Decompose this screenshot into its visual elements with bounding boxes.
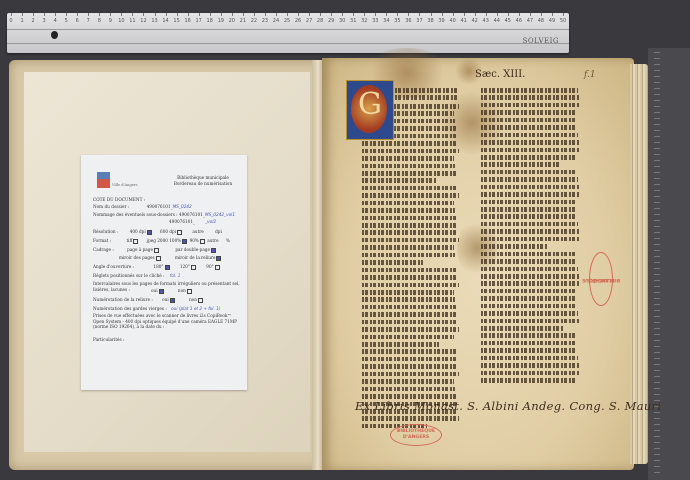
manuscript-text-line [481, 222, 578, 227]
manuscript-text-line [481, 348, 577, 353]
side-ruler-tick [654, 274, 660, 275]
manuscript-text-line [481, 311, 578, 316]
ruler-scale: 0123456789101112131415161718192021222324… [11, 13, 563, 27]
manuscript-text-line [481, 200, 575, 205]
manuscript-text-line [362, 394, 456, 399]
ruler-tick [552, 13, 553, 16]
side-ruler-tick [654, 418, 660, 419]
cadrage-row-2: miroir des pages miroir de la reliure [119, 255, 222, 261]
checkbox-checked [159, 289, 164, 294]
ruler-tick [320, 13, 321, 16]
ruler-number: 28 [317, 18, 323, 24]
manuscript-text-line [481, 155, 575, 160]
ruler-number: 31 [350, 18, 356, 24]
side-ruler-tick [654, 298, 660, 299]
ruler-tick [287, 13, 288, 16]
manuscript-text-line [481, 207, 576, 212]
ex-libris-inscription: Ex Libris Monast. S. Albini Andeg. Cong.… [355, 399, 661, 413]
side-ruler-tick [654, 244, 660, 245]
side-ruler-tick [654, 184, 660, 185]
checkbox-empty [133, 239, 138, 244]
manuscript-text-line [362, 342, 439, 347]
side-ruler-tick [654, 334, 660, 335]
stamp-line-2: D'ANGERS [391, 435, 441, 441]
side-ruler-tick [654, 52, 660, 53]
ruler-tick [44, 13, 45, 16]
opt-90deg: 90° [206, 264, 213, 269]
ruler-number: 15 [173, 18, 179, 24]
side-ruler-tick [654, 292, 660, 293]
manuscript-text-line [362, 223, 457, 228]
ruler-tick [11, 13, 12, 16]
ruler-tick [88, 13, 89, 16]
manuscript-text-line [362, 297, 455, 302]
angers-logo-icon [97, 172, 110, 188]
ruler-number: 24 [273, 18, 279, 24]
manuscript-text-line [481, 88, 578, 93]
ruler-number: 36 [405, 18, 411, 24]
reglets-handwritten: fol. 1 [170, 273, 181, 278]
manuscript-text-line [481, 237, 580, 242]
manuscript-text-line [362, 283, 459, 288]
manuscript-text-line [481, 356, 578, 361]
manuscript-text-line [481, 185, 579, 190]
ruler-number: 27 [306, 18, 312, 24]
ruler-tick [265, 13, 266, 16]
manuscript-text-line [481, 95, 579, 100]
side-ruler-tick [654, 178, 660, 179]
side-ruler-tick [654, 262, 660, 263]
ruler-number: 30 [339, 18, 345, 24]
format-row: Format : tiff jpeg 2000 100% 90% autre % [93, 238, 230, 244]
ruler-number: 17 [195, 18, 201, 24]
ruler-number: 50 [560, 18, 566, 24]
side-ruler-tick [654, 136, 660, 137]
ruler-tick [121, 13, 122, 16]
manuscript-text-line [362, 178, 436, 183]
opt-double-page: par double-page [175, 247, 210, 252]
side-ruler-tick [654, 388, 660, 389]
ruler-number: 11 [129, 18, 135, 24]
manuscript-text-line [481, 229, 579, 234]
manuscript-text-line [481, 125, 577, 130]
manuscript-text-line [362, 416, 459, 421]
library-stamp: BIBLIOTHÈQUE D'ANGERS [390, 424, 442, 446]
form-title: Bordereau de numérisation [163, 181, 243, 187]
opt-autre: autre [192, 229, 203, 234]
checkbox-empty [154, 248, 159, 253]
ruler-tick [519, 13, 520, 16]
digitization-form: Ville d'Angers Bibliothèque municipale B… [81, 155, 247, 390]
ruler-tick [464, 13, 465, 16]
ruler-tick [143, 13, 144, 16]
cadrage-label: Cadrage : [93, 247, 114, 252]
side-ruler-tick [654, 154, 660, 155]
dossier-label: Nom du dossier : [93, 204, 129, 209]
manuscript-text-line [362, 290, 454, 295]
side-ruler-tick [654, 172, 660, 173]
ruler-tick [331, 13, 332, 16]
checkbox-checked [170, 298, 175, 303]
side-ruler-tick [654, 124, 660, 125]
ruler-number: 3 [43, 18, 46, 24]
ruler-number: 10 [118, 18, 124, 24]
side-ruler-tick [654, 352, 660, 353]
ruler-tick [33, 13, 34, 16]
ruler-number: 2 [31, 18, 34, 24]
ruler-tick [442, 13, 443, 16]
side-ruler-tick [654, 472, 660, 473]
nommage-row-2: 490076101__vol2 [169, 219, 216, 225]
nommage-handwritten-2: _vol2 [205, 219, 216, 224]
ruler-brand: SOLVEIG [523, 37, 559, 45]
checkbox-empty [191, 265, 196, 270]
side-ruler-tick [654, 280, 660, 281]
ruler-number: 16 [184, 18, 190, 24]
manuscript-text-line [481, 110, 575, 115]
dossier-row: Nom du dossier : 490076101_MS_0242 [93, 204, 192, 210]
library-stamp-margin: BIBLIOTHÈQUED'ANGERS [589, 252, 613, 306]
logo-caption: Ville d'Angers [112, 183, 137, 188]
side-ruler-tick [654, 322, 660, 323]
side-ruler-tick [654, 190, 660, 191]
ruler-tick [397, 13, 398, 16]
side-ruler-tick [654, 382, 660, 383]
side-ruler-tick [654, 100, 660, 101]
manuscript-text-line [362, 312, 457, 317]
side-ruler-tick [654, 448, 660, 449]
side-ruler-tick [654, 220, 660, 221]
side-ruler-tick [654, 250, 660, 251]
ruler-number: 41 [460, 18, 466, 24]
side-ruler-tick [654, 346, 660, 347]
ruler-tick [132, 13, 133, 16]
nommage-row: Nommage des éventuels sous-dossiers : 49… [93, 212, 235, 218]
numerotation-row: Numérotation de la reliure : oui non [93, 297, 204, 303]
cote-label: COTE DU DOCUMENT : [93, 197, 145, 203]
ruler-number: 39 [438, 18, 444, 24]
initial-letter: G [347, 87, 393, 122]
manuscript-text-line [481, 378, 575, 383]
opt-oui: oui [162, 297, 169, 302]
side-ruler-tick [654, 202, 660, 203]
ruler-number: 33 [372, 18, 378, 24]
manuscript-text-line [481, 304, 577, 309]
ruler-number: 34 [383, 18, 389, 24]
ruler-number: 12 [140, 18, 146, 24]
manuscript-text-line [362, 171, 456, 176]
manuscript-text-line [481, 363, 579, 368]
ruler-groove [7, 43, 569, 44]
ruler-number: 47 [527, 18, 533, 24]
ruler-number: 21 [240, 18, 246, 24]
manuscript-text-line [362, 238, 459, 243]
manuscript-text-line [395, 95, 459, 100]
manuscript-text-line [481, 214, 577, 219]
side-ruler-tick [654, 94, 660, 95]
ruler-tick [364, 13, 365, 16]
ruler-tick [497, 13, 498, 16]
ruler-tick [375, 13, 376, 16]
ruler-tick [22, 13, 23, 16]
manuscript-text-line [481, 170, 577, 175]
gardes-row: Numérotation des gardes vierges : oui (p… [93, 306, 220, 312]
manuscript-text-line [481, 259, 577, 264]
ruler-tick [408, 13, 409, 16]
side-ruler-tick [654, 82, 660, 83]
manuscript-text-line [362, 201, 454, 206]
manuscript-text-line [481, 326, 564, 331]
ruler-tick [232, 13, 233, 16]
ruler-tick [254, 13, 255, 16]
ruler-tick [475, 13, 476, 16]
prise-de-vue-text: Prises de vue effectuées avec le scanner… [93, 313, 241, 330]
manuscript-text-line [362, 245, 454, 250]
opt-600dpi: 600 dpi [160, 229, 176, 234]
checkbox-empty [198, 298, 203, 303]
manuscript-text-line [362, 305, 456, 310]
ruler-tick [55, 13, 56, 16]
ruler-number: 40 [449, 18, 455, 24]
side-ruler-tick [654, 166, 660, 167]
ruler-number: 18 [207, 18, 213, 24]
checkbox-empty [200, 239, 205, 244]
side-ruler-tick [654, 436, 660, 437]
ruler-number: 8 [98, 18, 101, 24]
opt-90: 90% [190, 238, 199, 243]
manuscript-text-line [481, 244, 547, 249]
opt-tiff: tiff [126, 238, 132, 243]
manuscript-text-line [362, 275, 458, 280]
checkbox-empty [156, 256, 161, 261]
side-ruler-tick [654, 238, 660, 239]
manuscript-text-line [362, 208, 455, 213]
ruler-number: 48 [538, 18, 544, 24]
checkbox-empty [177, 230, 182, 235]
side-ruler-tick [654, 112, 660, 113]
ruler-tick [419, 13, 420, 16]
manuscript-text-line [362, 320, 458, 325]
manuscript-text-line [481, 267, 578, 272]
nommage-prefix-2: 490076101_ [169, 219, 195, 224]
side-ruler-tick [654, 304, 660, 305]
opt-oui: oui [151, 288, 158, 293]
ruler-number: 0 [9, 18, 12, 24]
manuscript-text-line [362, 379, 454, 384]
side-ruler-tick [654, 328, 660, 329]
manuscript-text-line [481, 274, 579, 279]
nommage-handwritten-1: MS_0242_vol1 [205, 212, 235, 217]
manuscript-text-line [362, 164, 455, 169]
side-ruler-tick [654, 466, 660, 467]
side-ruler-tick [654, 460, 660, 461]
angle-label: Angle d'ouverture : [93, 264, 134, 269]
side-ruler-tick [654, 340, 660, 341]
nommage-label: Nommage des éventuels sous-dossiers : 49… [93, 212, 205, 217]
ruler-hanging-hole [51, 31, 58, 39]
checkbox-empty [215, 265, 220, 270]
dossier-handwritten: MS_0242 [173, 204, 192, 209]
side-ruler-tick [654, 196, 660, 197]
opt-autre-format: autre [207, 238, 218, 243]
ruler-number: 42 [471, 18, 477, 24]
side-ruler-tick [654, 376, 660, 377]
opt-non: non [178, 288, 186, 293]
checkbox-checked [182, 239, 187, 244]
ruler-number: 20 [229, 18, 235, 24]
ruler-number: 43 [483, 18, 489, 24]
manuscript-text-line [481, 289, 575, 294]
ruler-number: 44 [494, 18, 500, 24]
ruler-number: 13 [151, 18, 157, 24]
gardes-handwritten: oui (plat 1 et 2 + fol. 1) [171, 306, 220, 311]
gardes-label: Numérotation des gardes vierges : [93, 306, 167, 311]
ruler-tick [77, 13, 78, 16]
manuscript-text-line [481, 133, 578, 138]
manuscript-text-line [362, 253, 455, 258]
manuscript-text-line [481, 371, 580, 376]
opt-non: non [189, 297, 197, 302]
ruler-number: 26 [295, 18, 301, 24]
ruler-number: 1 [20, 18, 23, 24]
manuscript-text-line [481, 140, 579, 145]
ruler-number: 32 [361, 18, 367, 24]
opt-dpi: dpi [215, 229, 222, 234]
opt-miroir-pages: miroir des pages [119, 255, 155, 260]
side-ruler-tick [654, 106, 660, 107]
numerotation-label: Numérotation de la reliure : [93, 297, 153, 302]
manuscript-text-line [362, 141, 458, 146]
ruler-tick [221, 13, 222, 16]
ruler-number: 38 [427, 18, 433, 24]
side-ruler-tick [654, 364, 660, 365]
ruler-tick [386, 13, 387, 16]
side-ruler-tick [654, 142, 660, 143]
manuscript-text-line [362, 372, 459, 377]
side-ruler-tick [654, 130, 660, 131]
ruler-number: 14 [162, 18, 168, 24]
side-ruler-tick [654, 256, 660, 257]
ruler-tick [188, 13, 189, 16]
ruler-tick [508, 13, 509, 16]
manuscript-text-line [362, 193, 459, 198]
side-ruler-tick [654, 148, 660, 149]
opt-page-a-page: page à page [127, 247, 153, 252]
measuring-ruler: 0123456789101112131415161718192021222324… [7, 13, 569, 53]
reglets-row: Réglets positionnés sur le cliché : fol.… [93, 273, 180, 279]
opt-percent: % [226, 238, 230, 243]
manuscript-text-line [362, 149, 459, 154]
side-ruler-tick [654, 316, 660, 317]
ruler-tick [530, 13, 531, 16]
ruler-number: 6 [76, 18, 79, 24]
ruler-number: 49 [549, 18, 555, 24]
ruler-tick [276, 13, 277, 16]
ruler-tick [155, 13, 156, 16]
manuscript-text-line [481, 192, 580, 197]
manuscript-text-line [362, 156, 454, 161]
ruler-number: 4 [54, 18, 57, 24]
manuscript-text-line [362, 216, 456, 221]
side-ruler-tick [654, 430, 660, 431]
manuscript-text-line [362, 260, 423, 265]
resolution-row: Résolution : 400 dpi 600 dpi autre dpi [93, 229, 222, 235]
ruler-number: 7 [87, 18, 90, 24]
side-ruler-tick [654, 70, 660, 71]
ruler-number: 45 [505, 18, 511, 24]
ruler-tick [177, 13, 178, 16]
ruler-tick [563, 13, 564, 16]
century-annotation: Sæc. XIII. [475, 69, 525, 80]
opt-180: 180° [153, 264, 163, 269]
manuscript-text-line [362, 349, 456, 354]
side-ruler-tick [654, 118, 660, 119]
manuscript-text-line [362, 335, 454, 340]
ruler-tick [243, 13, 244, 16]
checkbox-checked [165, 265, 170, 270]
manuscript-text-line [481, 319, 579, 324]
ruler-tick [309, 13, 310, 16]
intercalaires-options: oui non [151, 288, 193, 294]
side-ruler-tick [654, 442, 660, 443]
ruler-tick [298, 13, 299, 16]
manuscript-text-line [481, 118, 576, 123]
stamp-line-2: D'ANGERS [588, 276, 614, 282]
manuscript-text-line [362, 364, 458, 369]
ruler-number: 9 [109, 18, 112, 24]
side-ruler-tick [654, 268, 660, 269]
checkbox-checked [216, 256, 221, 261]
manuscript-text-line [362, 268, 457, 273]
manuscript-text-line [362, 186, 458, 191]
ruler-tick [110, 13, 111, 16]
resolution-label: Résolution : [93, 229, 118, 234]
ruler-tick [210, 13, 211, 16]
manuscript-text-line [481, 177, 578, 182]
folio-mark: f.1 [584, 70, 596, 80]
ruler-number: 22 [251, 18, 257, 24]
illuminated-initial: G [346, 80, 394, 140]
side-ruler-tick [654, 232, 660, 233]
manuscript-text-line [362, 327, 459, 332]
manuscript-text-line [362, 387, 455, 392]
side-ruler-tick [654, 310, 660, 311]
opt-miroir-reliure: miroir de la reliure [175, 255, 216, 260]
ruler-number: 37 [416, 18, 422, 24]
ruler-tick [353, 13, 354, 16]
manuscript-text-line [481, 333, 575, 338]
side-ruler-tick [654, 160, 660, 161]
manuscript-text-line [481, 103, 580, 108]
manuscript-text-line [362, 230, 458, 235]
opt-jpeg2000: jpeg 2000 100% [147, 238, 181, 243]
format-label: Format : [93, 238, 111, 243]
manuscript-text-line [481, 252, 576, 257]
ruler-tick [541, 13, 542, 16]
side-ruler-tick [654, 226, 660, 227]
ruler-number: 19 [218, 18, 224, 24]
ruler-tick [166, 13, 167, 16]
ruler-tick [99, 13, 100, 16]
side-ruler-tick [654, 286, 660, 287]
ruler-number: 23 [262, 18, 268, 24]
ruler-tick [342, 13, 343, 16]
side-ruler-tick [654, 76, 660, 77]
side-ruler-tick [654, 214, 660, 215]
checkbox-checked [147, 230, 152, 235]
side-ruler [648, 48, 690, 480]
side-ruler-tick [654, 394, 660, 395]
